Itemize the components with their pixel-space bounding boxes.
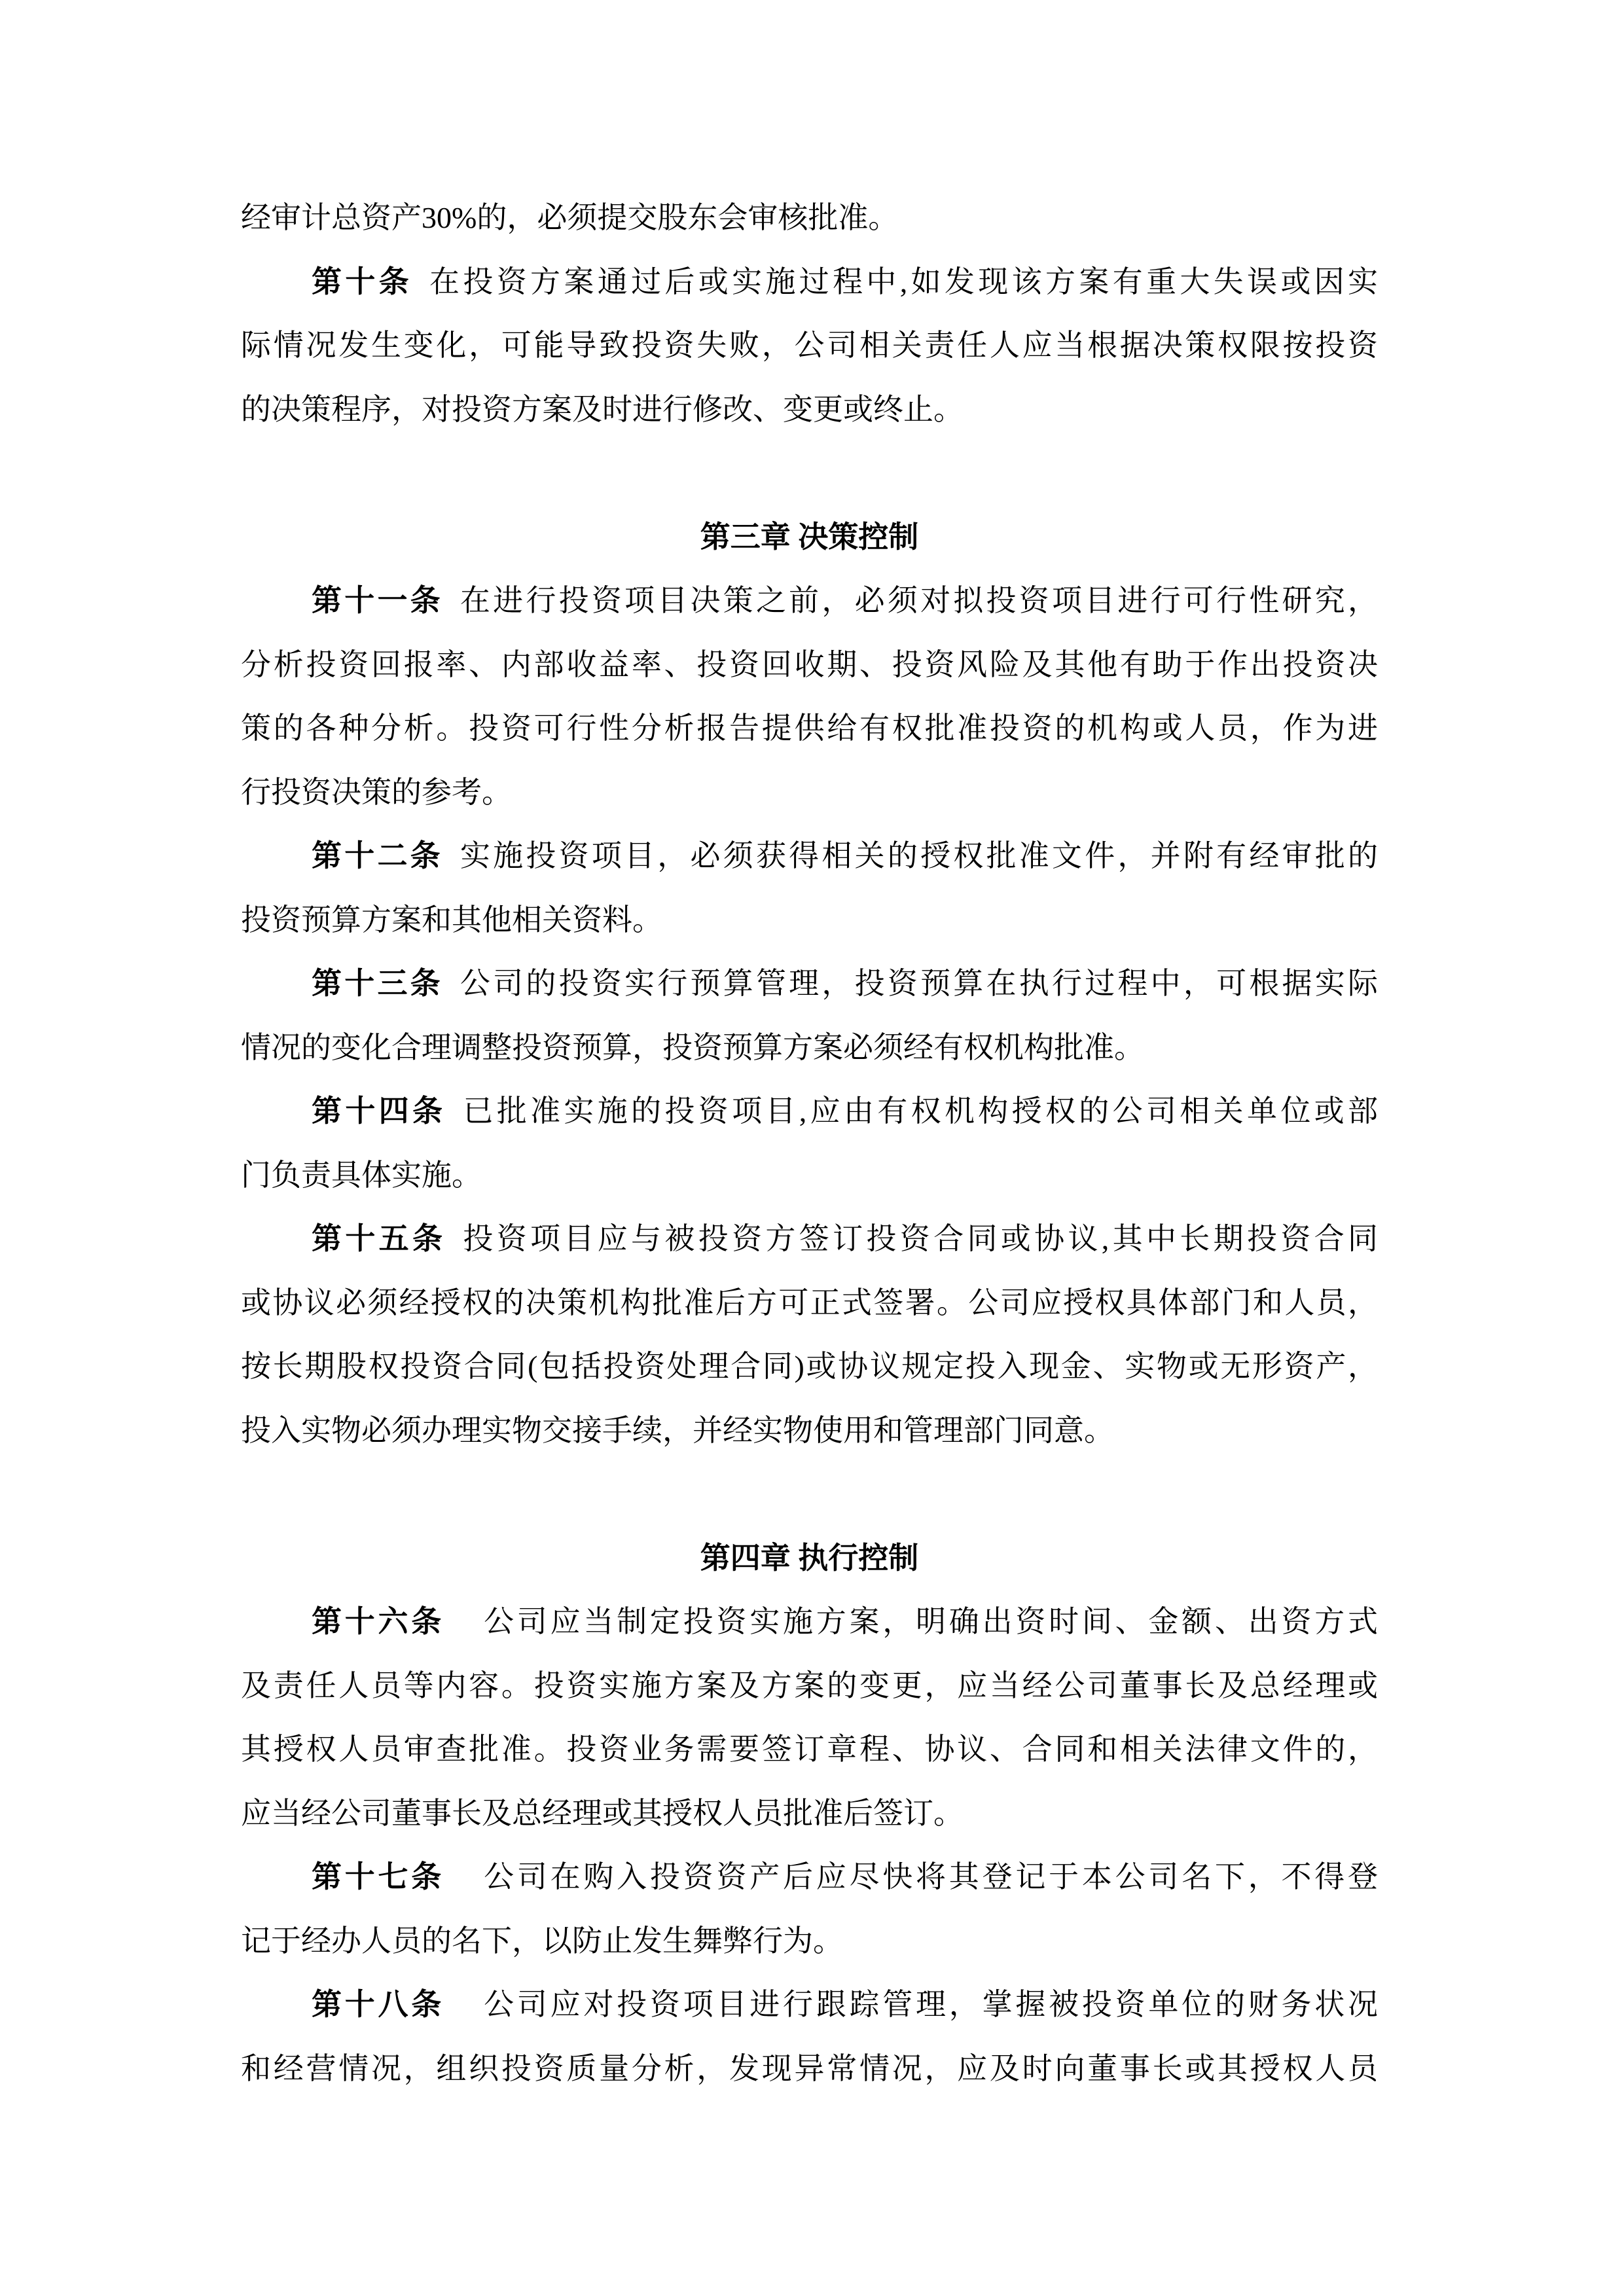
article-number: 第十七条 <box>312 1860 444 1893</box>
document-body: 经审计总资产30%的，必须提交股东会审核批准。第十条在投资方案通过后或实施过程中… <box>241 186 1378 2100</box>
line-text: 按长期股权投资合同(包括投资处理合同)或协议规定投入现金、实物或无形资产， <box>241 1350 1378 1383</box>
blank-line <box>241 1462 1378 1526</box>
chapter-heading: 第四章 执行控制 <box>241 1526 1378 1590</box>
line-text: 其授权人员审查批准。投资业务需要签订章程、协议、合同和相关法律文件的， <box>241 1732 1378 1766</box>
text-line: 分析投资回报率、内部收益率、投资回收期、投资风险及其他有助于作出投资决 <box>241 633 1378 697</box>
line-text: 记于经办人员的名下，以防止发生舞弊行为。 <box>241 1924 843 1958</box>
text-line: 及责任人员等内容。投资实施方案及方案的变更，应当经公司董事长及总经理或 <box>241 1654 1378 1718</box>
text-line: 第十七条公司在购入投资资产后应尽快将其登记于本公司名下，不得登 <box>241 1845 1378 1909</box>
text-line: 第十四条已批准实施的投资项目,应由有权机构授权的公司相关单位或部 <box>241 1079 1378 1143</box>
line-text: 公司在购入投资资产后应尽快将其登记于本公司名下，不得登 <box>484 1860 1378 1893</box>
text-line: 和经营情况，组织投资质量分析，发现异常情况，应及时向董事长或其授权人员 <box>241 2037 1378 2101</box>
article-number: 第十一条 <box>312 584 443 617</box>
text-line: 行投资决策的参考。 <box>241 761 1378 825</box>
document-page: 经审计总资产30%的，必须提交股东会审核批准。第十条在投资方案通过后或实施过程中… <box>0 0 1624 2296</box>
line-text: 实施投资项目，必须获得相关的授权批准文件，并附有经审批的 <box>460 839 1378 872</box>
line-text: 策的各种分析。投资可行性分析报告提供给有权批准投资的机构或人员，作为进 <box>241 711 1378 745</box>
text-line: 经审计总资产30%的，必须提交股东会审核批准。 <box>241 186 1378 250</box>
line-text: 经审计总资产30%的，必须提交股东会审核批准。 <box>241 201 898 234</box>
line-text: 公司应当制定投资实施方案，明确出资时间、金额、出资方式 <box>484 1605 1378 1638</box>
article-number: 第十二条 <box>312 839 443 872</box>
line-text: 的决策程序，对投资方案及时进行修改、变更或终止。 <box>241 393 964 426</box>
text-line: 第十六条公司应当制定投资实施方案，明确出资时间、金额、出资方式 <box>241 1590 1378 1654</box>
chapter-heading-text: 第四章 执行控制 <box>700 1541 919 1575</box>
article-number: 第十条 <box>312 265 412 298</box>
line-text: 行投资决策的参考。 <box>241 776 512 809</box>
line-text: 投资项目应与被投资方签订投资合同或协议,其中长期投资合同 <box>463 1222 1378 1255</box>
article-number: 第十五条 <box>312 1222 446 1255</box>
article-number: 第十八条 <box>312 1988 444 2021</box>
text-line: 或协议必须经授权的决策机构批准后方可正式签署。公司应授权具体部门和人员， <box>241 1271 1378 1335</box>
text-line: 按长期股权投资合同(包括投资处理合同)或协议规定投入现金、实物或无形资产， <box>241 1335 1378 1399</box>
text-line: 第十八条公司应对投资项目进行跟踪管理，掌握被投资单位的财务状况 <box>241 1973 1378 2037</box>
text-line: 第十一条在进行投资项目决策之前，必须对拟投资项目进行可行性研究， <box>241 569 1378 633</box>
text-line: 记于经办人员的名下，以防止发生舞弊行为。 <box>241 1909 1378 1973</box>
text-line: 情况的变化合理调整投资预算，投资预算方案必须经有权机构批准。 <box>241 1016 1378 1080</box>
article-number: 第十六条 <box>312 1605 444 1638</box>
chapter-heading: 第三章 决策控制 <box>241 505 1378 569</box>
line-text: 及责任人员等内容。投资实施方案及方案的变更，应当经公司董事长及总经理或 <box>241 1669 1378 1702</box>
chapter-heading-text: 第三章 决策控制 <box>700 520 919 554</box>
text-line: 投资预算方案和其他相关资料。 <box>241 888 1378 952</box>
article-number: 第十三条 <box>312 967 443 1000</box>
text-line: 第十二条实施投资项目，必须获得相关的授权批准文件，并附有经审批的 <box>241 824 1378 888</box>
article-number: 第十四条 <box>312 1094 446 1128</box>
line-text: 分析投资回报率、内部收益率、投资回收期、投资风险及其他有助于作出投资决 <box>241 648 1378 681</box>
text-line: 的决策程序，对投资方案及时进行修改、变更或终止。 <box>241 378 1378 442</box>
line-text: 已批准实施的投资项目,应由有权机构授权的公司相关单位或部 <box>463 1094 1378 1128</box>
line-text: 投入实物必须办理实物交接手续，并经实物使用和管理部门同意。 <box>241 1414 1114 1447</box>
line-text: 公司应对投资项目进行跟踪管理，掌握被投资单位的财务状况 <box>484 1988 1378 2021</box>
text-line: 第十条在投资方案通过后或实施过程中,如发现该方案有重大失误或因实 <box>241 250 1378 314</box>
text-line: 其授权人员审查批准。投资业务需要签订章程、协议、合同和相关法律文件的， <box>241 1717 1378 1782</box>
line-text: 门负责具体实施。 <box>241 1158 482 1192</box>
line-text: 在投资方案通过后或实施过程中,如发现该方案有重大失误或因实 <box>429 265 1378 298</box>
text-line: 际情况发生变化，可能导致投资失败，公司相关责任人应当根据决策权限按投资 <box>241 314 1378 378</box>
line-text: 投资预算方案和其他相关资料。 <box>241 903 662 937</box>
line-text: 应当经公司董事长及总经理或其授权人员批准后签订。 <box>241 1797 964 1830</box>
text-line: 投入实物必须办理实物交接手续，并经实物使用和管理部门同意。 <box>241 1399 1378 1463</box>
text-line: 第十五条投资项目应与被投资方签订投资合同或协议,其中长期投资合同 <box>241 1207 1378 1271</box>
text-line: 门负责具体实施。 <box>241 1143 1378 1208</box>
line-text: 公司的投资实行预算管理，投资预算在执行过程中，可根据实际 <box>460 967 1378 1000</box>
line-text: 情况的变化合理调整投资预算，投资预算方案必须经有权机构批准。 <box>241 1031 1144 1064</box>
text-line: 策的各种分析。投资可行性分析报告提供给有权批准投资的机构或人员，作为进 <box>241 696 1378 761</box>
text-line: 应当经公司董事长及总经理或其授权人员批准后签订。 <box>241 1782 1378 1846</box>
line-text: 或协议必须经授权的决策机构批准后方可正式签署。公司应授权具体部门和人员， <box>241 1286 1378 1319</box>
line-text: 和经营情况，组织投资质量分析，发现异常情况，应及时向董事长或其授权人员 <box>241 2052 1378 2085</box>
line-text: 际情况发生变化，可能导致投资失败，公司相关责任人应当根据决策权限按投资 <box>241 329 1378 362</box>
text-line: 第十三条公司的投资实行预算管理，投资预算在执行过程中，可根据实际 <box>241 952 1378 1016</box>
blank-line <box>241 441 1378 505</box>
line-text: 在进行投资项目决策之前，必须对拟投资项目进行可行性研究， <box>460 584 1378 617</box>
